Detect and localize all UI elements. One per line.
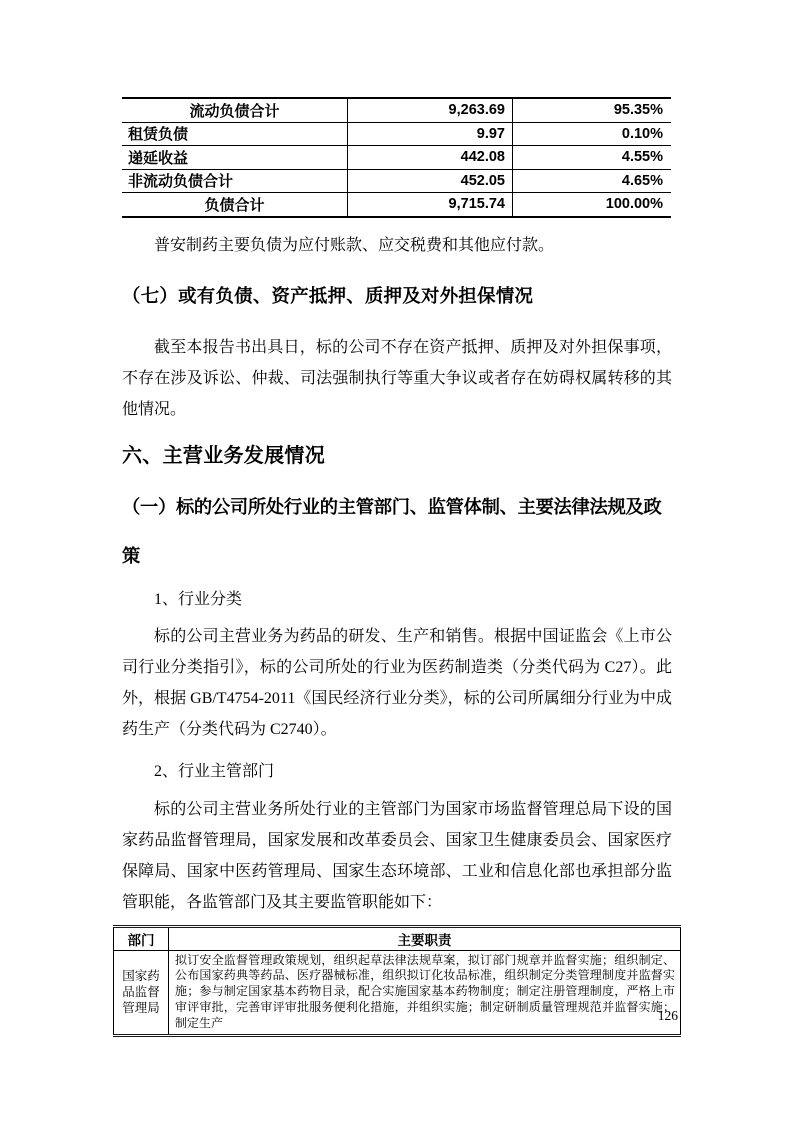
table-row: 租赁负债 9.97 0.10% [122,122,671,146]
liability-label: 租赁负债 [122,122,348,146]
liability-ratio: 4.55% [513,146,672,170]
paragraph-puan-summary: 普安制药主要负债为应付账款、应交税费和其他应付款。 [122,235,672,257]
liability-ratio: 95.35% [513,98,672,122]
subheading-industry-regulators: 2、行业主管部门 [122,760,672,784]
paragraph-industry-regulators: 标的公司主营业务所处行业的主管部门为国家市场监督管理总局下设的国家药品监督管理局… [122,794,672,918]
liability-ratio: 100.00% [513,193,672,217]
page-content: 流动负债合计 9,263.69 95.35% 租赁负债 9.97 0.10% 递… [122,0,672,1037]
subheading-industry-classification: 1、行业分类 [122,588,672,612]
liability-amount: 9,715.74 [348,193,513,217]
liability-amount: 9.97 [348,122,513,146]
liabilities-table: 流动负债合计 9,263.69 95.35% 租赁负债 9.97 0.10% 递… [122,97,671,218]
liability-label: 流动负债合计 [122,98,348,122]
page-number: 126 [658,1008,678,1024]
table-row: 负债合计 9,715.74 100.00% [122,193,671,217]
table-row: 非流动负债合计 452.05 4.65% [122,169,671,193]
heading-contingent-liabilities: （七）或有负债、资产抵押、质押及对外担保情况 [122,283,672,309]
paragraph-collateral: 截至本报告书出具日，标的公司不存在资产抵押、质押及对外担保事项，不存在涉及诉讼、… [122,332,672,425]
liability-label: 非流动负债合计 [122,169,348,193]
paragraph-industry-classification: 标的公司主营业务为药品的研发、生产和销售。根据中国证监会《上市公司行业分类指引》… [122,621,672,745]
table-header-row: 部门 主要职责 [114,926,681,950]
header-dept: 部门 [114,926,169,950]
regulator-table: 部门 主要职责 国家药品监督管理局 拟订安全监督管理政策规划，组织起草法律法规草… [113,925,681,1038]
liability-amount: 9,263.69 [348,98,513,122]
regulator-dept: 国家药品监督管理局 [114,950,169,1036]
liability-amount: 452.05 [348,169,513,193]
heading-industry-regulation: （一）标的公司所处行业的主管部门、监管体制、主要法律法规及政策 [122,482,672,580]
liability-label: 负债合计 [122,193,348,217]
liability-label: 递延收益 [122,146,348,170]
liability-ratio: 0.10% [513,122,672,146]
table-row: 国家药品监督管理局 拟订安全监督管理政策规划，组织起草法律法规草案，拟订部门规章… [114,950,681,1036]
regulator-duty: 拟订安全监督管理政策规划，组织起草法律法规草案，拟订部门规章并监督实施；组织制定… [169,950,681,1036]
document-page: 流动负债合计 9,263.69 95.35% 租赁负债 9.97 0.10% 递… [0,0,793,1122]
heading-main-business: 六、主营业务发展情况 [122,443,672,469]
table-row: 流动负债合计 9,263.69 95.35% [122,98,671,122]
liability-ratio: 4.65% [513,169,672,193]
liability-amount: 442.08 [348,146,513,170]
table-row: 递延收益 442.08 4.55% [122,146,671,170]
header-duty: 主要职责 [169,926,681,950]
